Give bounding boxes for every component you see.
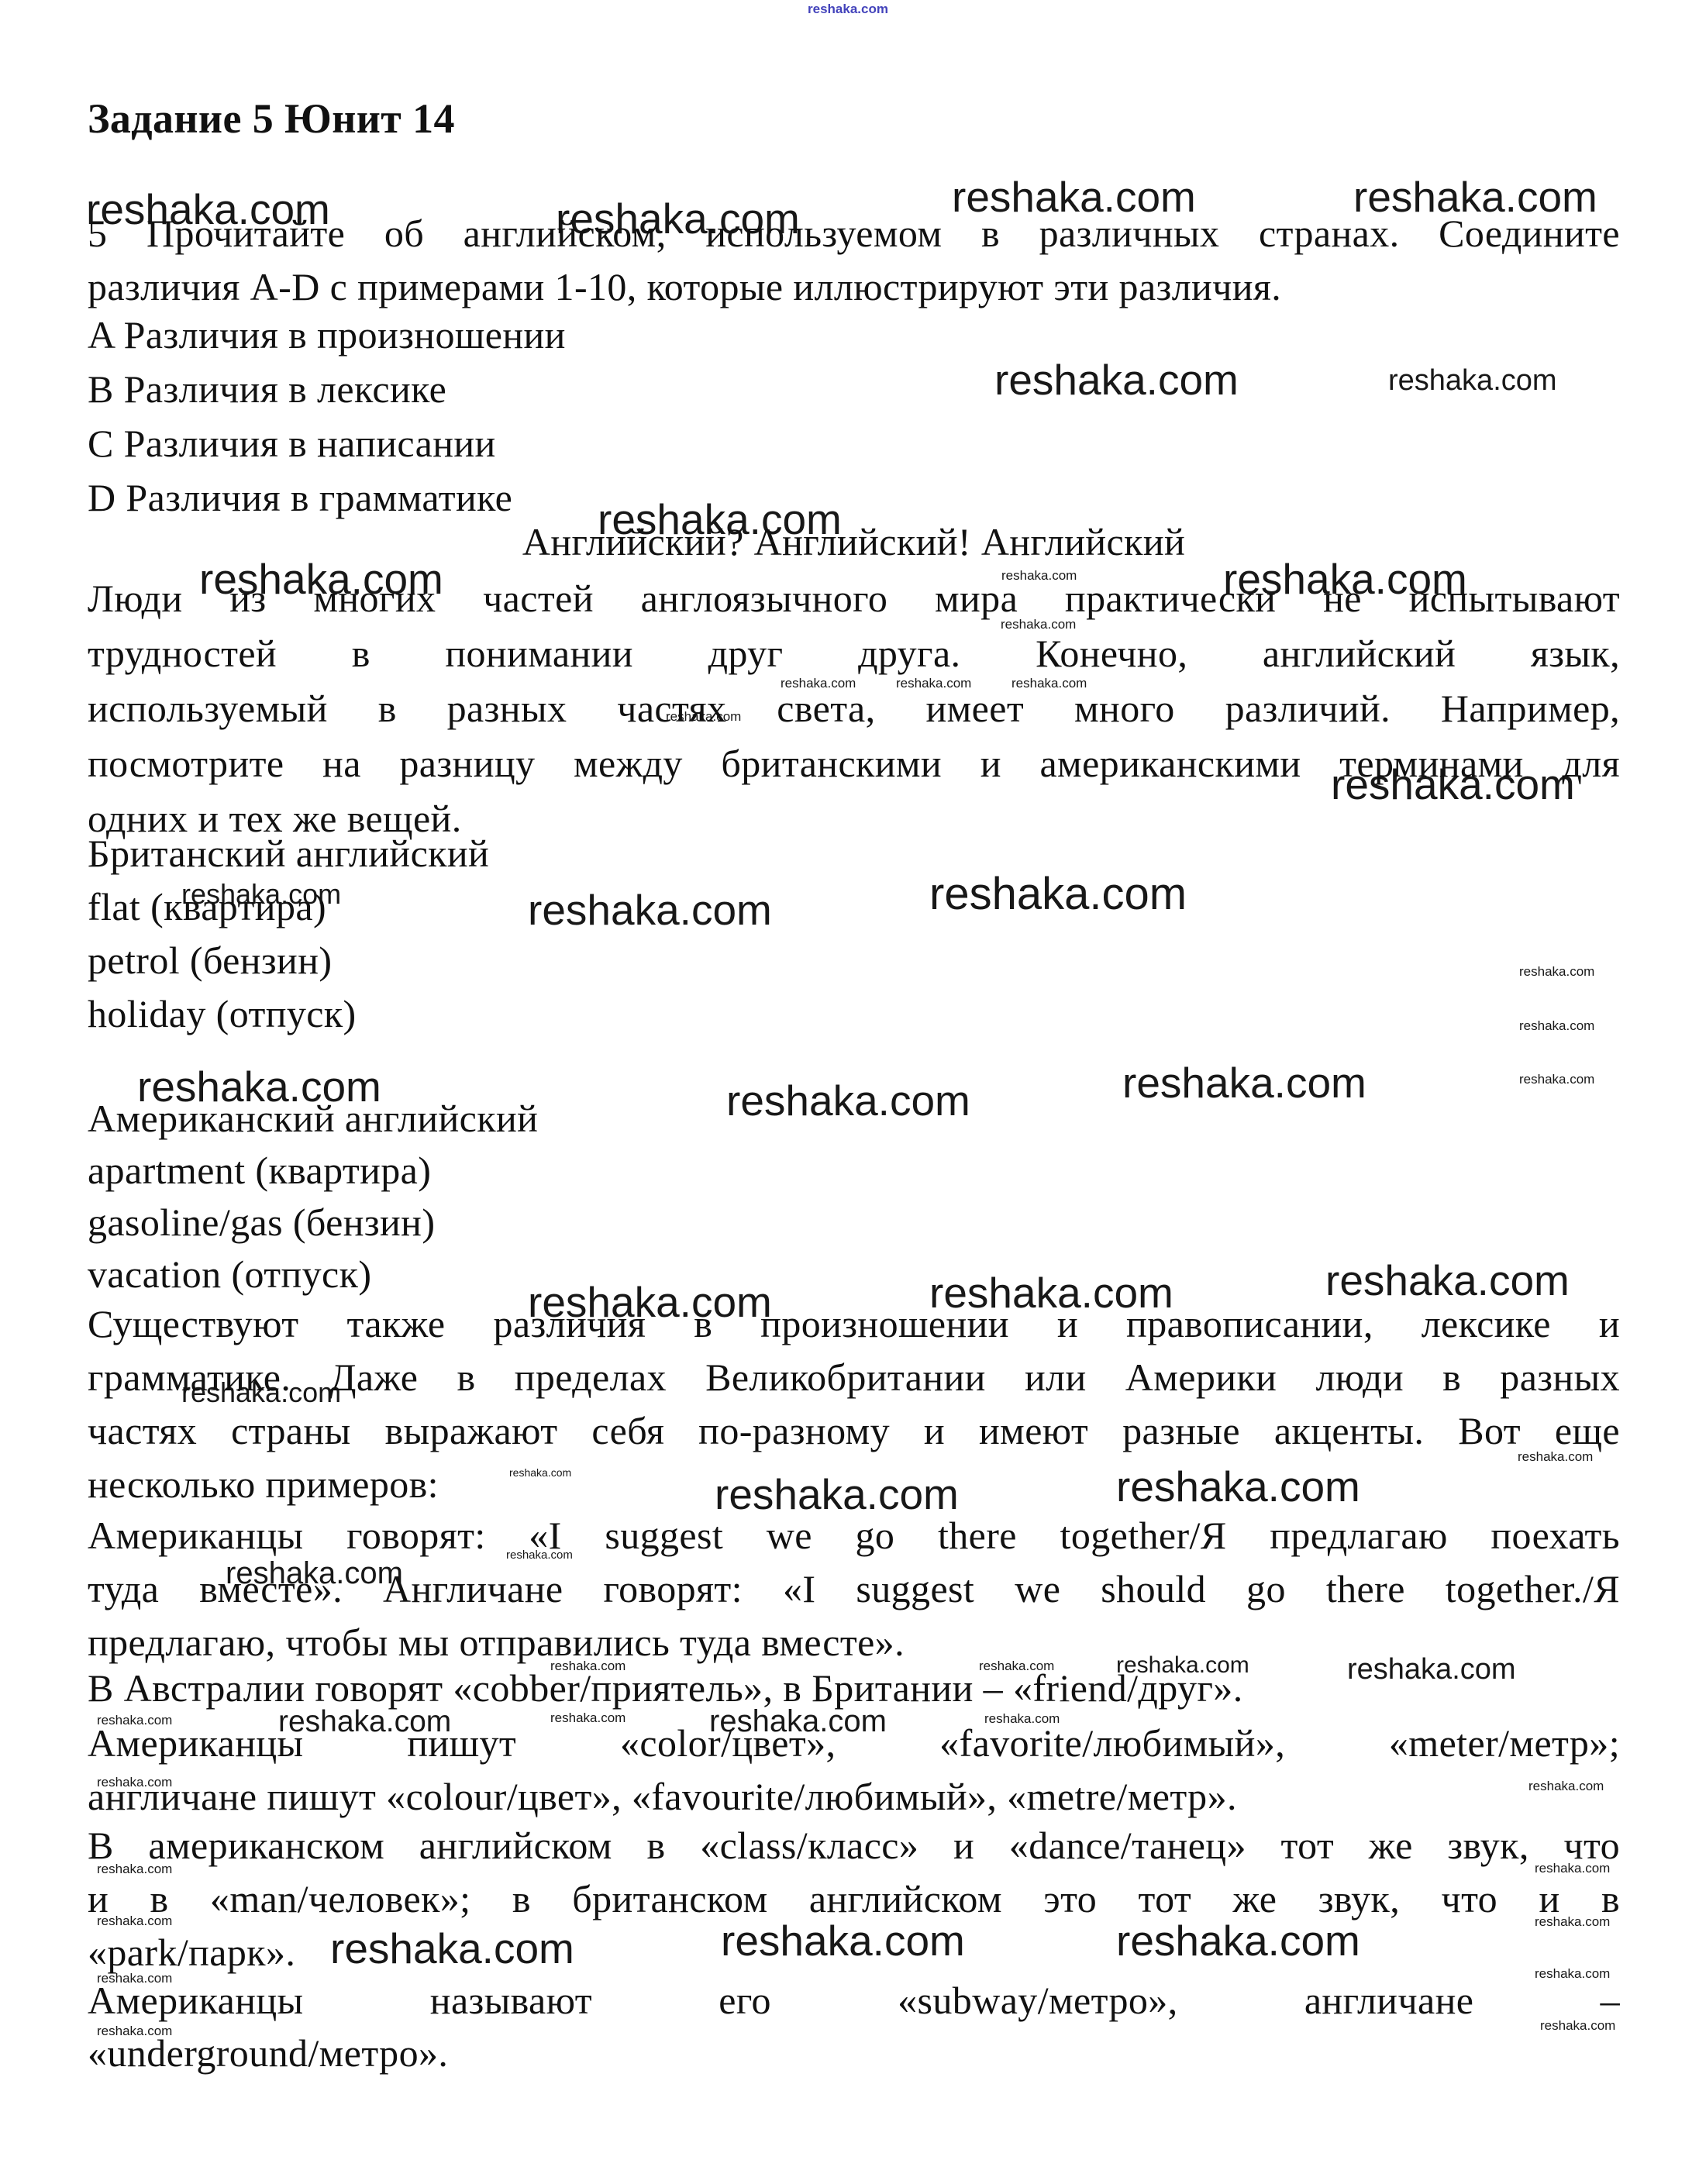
- paragraph-australia: В Австралии говорят «cobber/приятель», в…: [88, 1662, 1620, 1715]
- intro-line-2: различия A-D с примерами 1-10, которые и…: [88, 260, 1620, 314]
- american-item-vacation: vacation (отпуск): [88, 1249, 1620, 1300]
- paragraph-spelling: Американцы пишут «color/цвет», «favorite…: [88, 1717, 1620, 1824]
- paragraph-line: грамматике. Даже в пределах Великобритан…: [88, 1351, 1620, 1404]
- paragraph-line: Американцы называют его «subway/метро», …: [88, 1974, 1620, 2027]
- paragraph-line: используемый в разных частях света, имее…: [88, 681, 1620, 736]
- paragraph-sound: В американском английском в «class/класс…: [88, 1819, 1620, 1979]
- paragraph-subway: Американцы называют его «subway/метро», …: [88, 1974, 1620, 2079]
- british-item-holiday: holiday (отпуск): [88, 987, 1620, 1041]
- paragraph-line: В Австралии говорят «cobber/приятель», в…: [88, 1662, 1620, 1715]
- difference-options-list: A Различия в произношении B Различия в л…: [88, 308, 1620, 525]
- american-list-title: Американский английский: [88, 1093, 1620, 1145]
- paragraph-differences: Существуют также различия в произношении…: [88, 1297, 1620, 1511]
- intro-paragraph: 5 Прочитайте об английском, используемом…: [88, 207, 1620, 314]
- paragraph-line: англичане пишут «colour/цвет», «favourit…: [88, 1770, 1620, 1824]
- paragraph-suggest-example: Американцы говорят: «I suggest we go the…: [88, 1509, 1620, 1669]
- paragraph-line: В американском английском в «class/класс…: [88, 1819, 1620, 1872]
- option-b: B Различия в лексике: [88, 362, 1620, 416]
- paragraph-line: Существуют также различия в произношении…: [88, 1297, 1620, 1351]
- option-a: A Различия в произношении: [88, 308, 1620, 362]
- option-c: C Различия в написании: [88, 416, 1620, 470]
- paragraph-line: посмотрите на разницу между британскими …: [88, 736, 1620, 791]
- watermark: reshaka.com: [1519, 1072, 1594, 1087]
- paragraph-line: и в «man/человек»; в британском английск…: [88, 1872, 1620, 1926]
- american-item-apartment: apartment (квартира): [88, 1145, 1620, 1197]
- american-english-list: Американский английский apartment (кварт…: [88, 1093, 1620, 1300]
- paragraph-line: «underground/метро».: [88, 2027, 1620, 2079]
- paragraph-line: «park/парк».: [88, 1926, 1620, 1979]
- british-item-petrol: petrol (бензин): [88, 934, 1620, 987]
- paragraph-line: частях страны выражают себя по-разному и…: [88, 1404, 1620, 1458]
- british-english-list: Британский английский flat (квартира) pe…: [88, 827, 1620, 1041]
- task-title: Задание 5 Юнит 14: [88, 92, 1620, 146]
- paragraph-understanding: Люди из многих частей англоязычного мира…: [88, 571, 1620, 846]
- american-item-gasoline: gasoline/gas (бензин): [88, 1197, 1620, 1249]
- paragraph-line: Американцы пишут «color/цвет», «favorite…: [88, 1717, 1620, 1770]
- paragraph-line: трудностей в понимании друг друга. Конеч…: [88, 626, 1620, 681]
- paragraph-line: несколько примеров:: [88, 1458, 1620, 1511]
- text-heading-line: Английский? Английский! Английский: [88, 515, 1620, 569]
- paragraph-line: туда вместе». Англичане говорят: «I sugg…: [88, 1562, 1620, 1616]
- paragraph-line: Люди из многих частей англоязычного мира…: [88, 571, 1620, 626]
- watermark: reshaka.com: [808, 2, 888, 17]
- british-item-flat: flat (квартира): [88, 880, 1620, 934]
- document-page: reshaka.comreshaka.comreshaka.comreshaka…: [0, 0, 1699, 2184]
- british-list-title: Британский английский: [88, 827, 1620, 880]
- intro-line-1: 5 Прочитайте об английском, используемом…: [88, 207, 1620, 260]
- paragraph-line: Американцы говорят: «I suggest we go the…: [88, 1509, 1620, 1562]
- text-heading: Английский? Английский! Английский: [88, 515, 1620, 569]
